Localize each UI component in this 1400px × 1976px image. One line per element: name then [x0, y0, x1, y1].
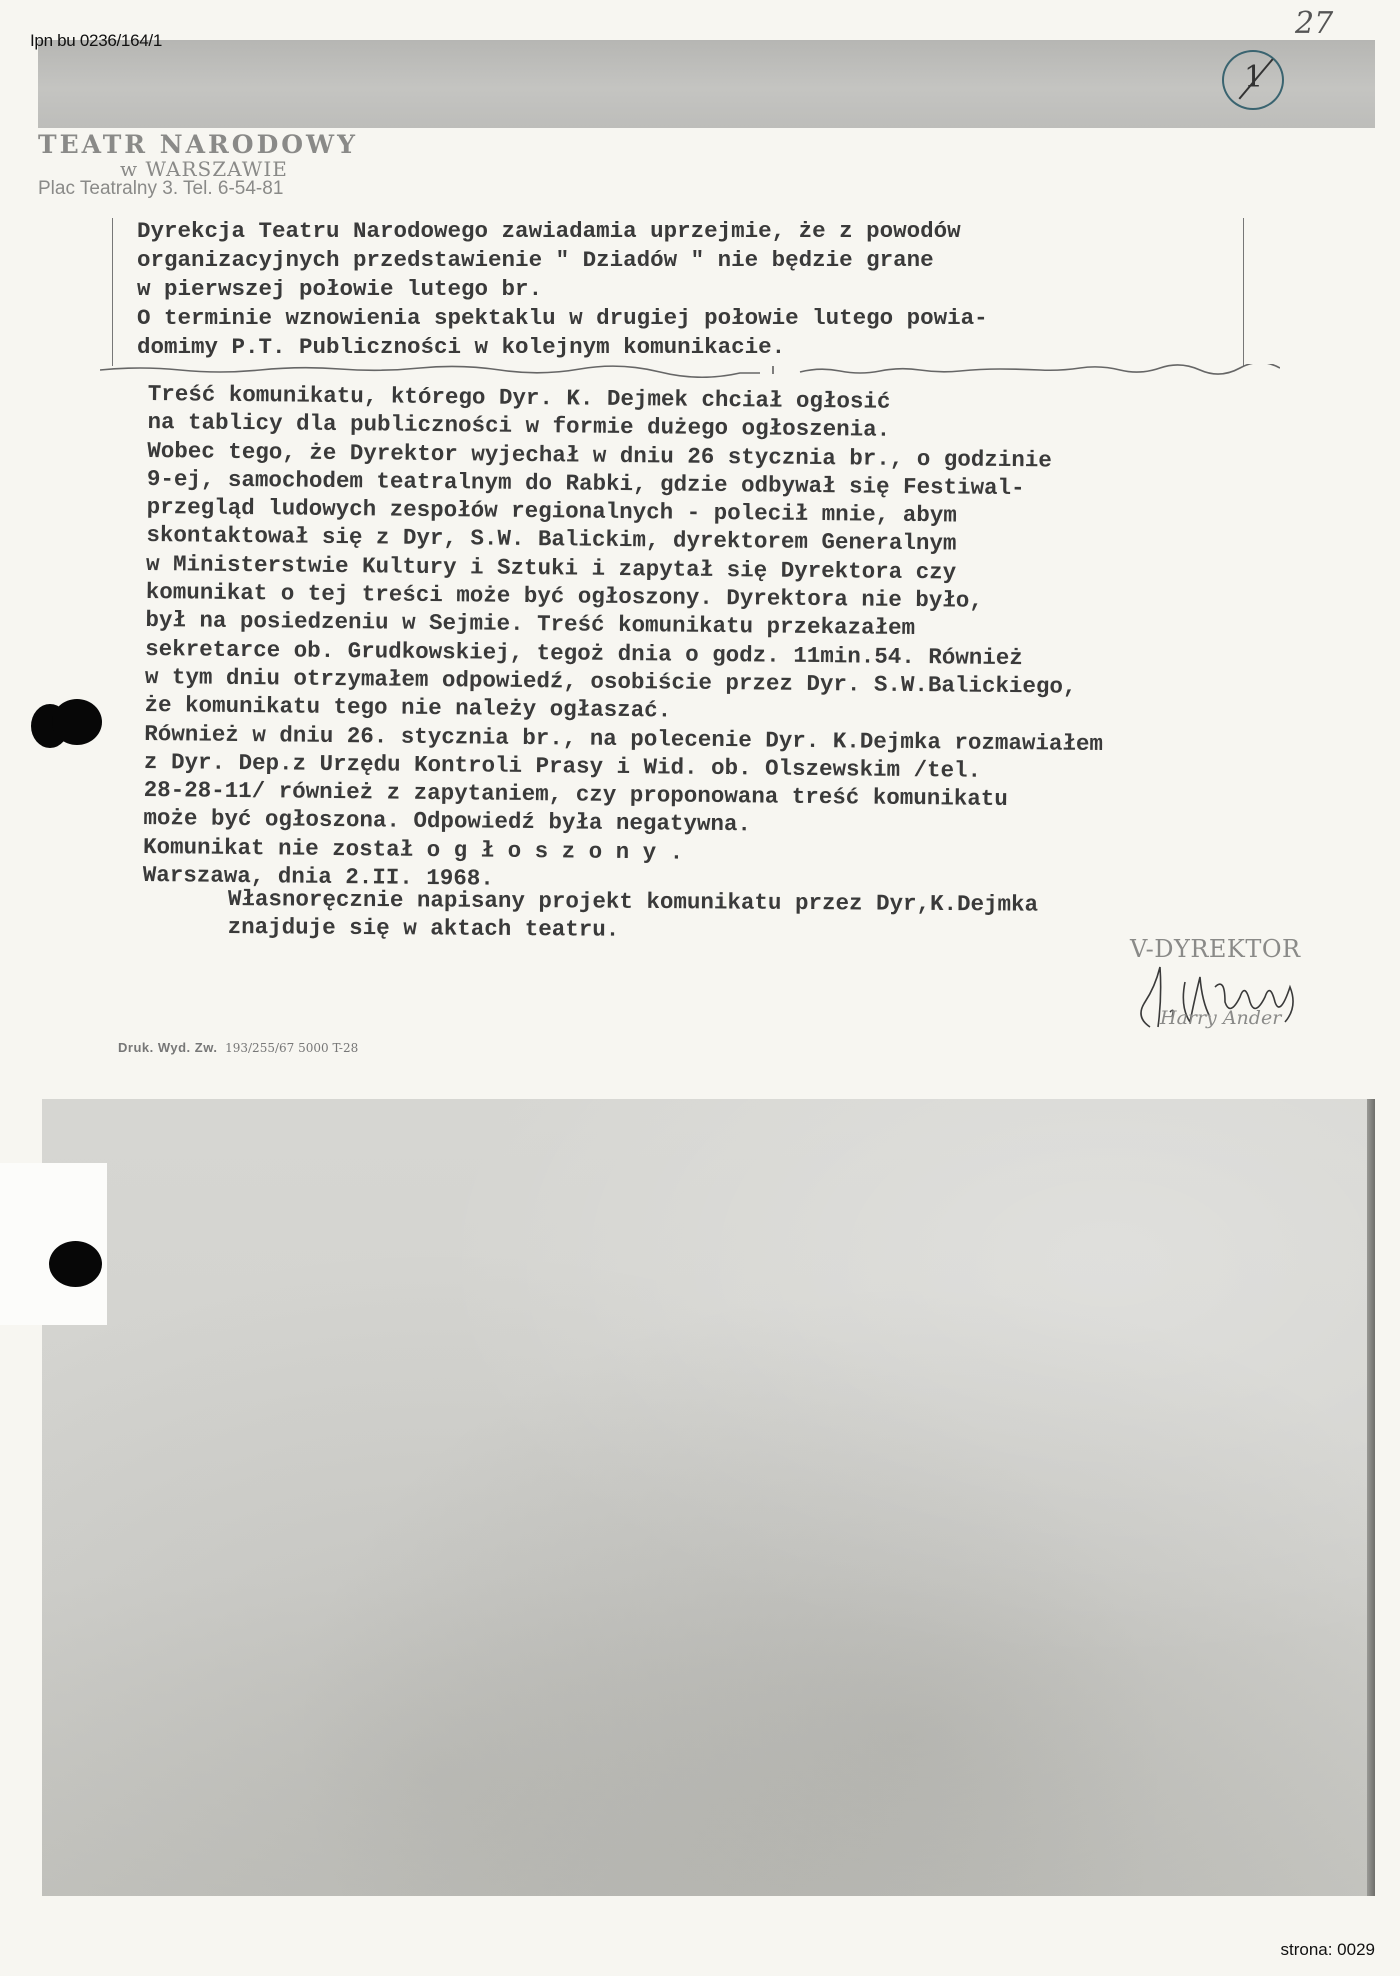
print-info: Druk. Wyd. Zw. 193/255/67 5000 T-28	[118, 1040, 358, 1055]
punch-hole-mark	[52, 699, 102, 745]
notice-line: organizacyjnych przedstawienie " Dziadów…	[137, 246, 988, 275]
paper-tab	[0, 1163, 107, 1325]
notice-text: Dyrekcja Teatru Narodowego zawiadamia up…	[137, 217, 988, 362]
letterhead: TEATR NARODOWY w WARSZAWIE Plac Teatraln…	[38, 130, 358, 200]
scan-top-band	[38, 40, 1375, 128]
director-stamp: V-DYREKTOR Harry Ander	[1130, 935, 1340, 1035]
notice-wavy-underline	[100, 364, 1280, 378]
notice-line: w pierwszej połowie lutego br.	[137, 275, 988, 304]
notice-line: O terminie wznowienia spektaklu w drugie…	[137, 304, 988, 333]
scan-blank-back-page	[42, 1099, 1375, 1896]
page-number-label: strona: 0029	[1280, 1940, 1375, 1960]
scan-edge	[1367, 1099, 1375, 1896]
letterhead-name: TEATR NARODOWY	[38, 130, 358, 159]
notice-line: domimy P.T. Publiczności w kolejnym komu…	[137, 333, 988, 362]
punch-hole-mark	[49, 1241, 102, 1287]
body-text: Treść komunikatu, którego Dyr. K. Dejmek…	[143, 380, 1107, 899]
notice-line: Dyrekcja Teatru Narodowego zawiadamia up…	[137, 217, 988, 246]
stamp-name: Harry Ander	[1160, 1007, 1281, 1029]
footnote-text: Własnoręcznie napisany projekt komunikat…	[228, 885, 1039, 947]
footnote-line: znajduje się w aktach teatru.	[228, 913, 1038, 947]
archive-reference: Ipn bu 0236/164/1	[30, 31, 162, 51]
letterhead-address: Plac Teatralny 3. Tel. 6-54-81	[38, 178, 358, 200]
print-info-code: 193/255/67 5000 T-28	[225, 1041, 358, 1055]
print-info-label: Druk. Wyd. Zw.	[118, 1040, 217, 1055]
circled-page-mark: 1	[1222, 50, 1284, 110]
folio-mark: 27	[1295, 6, 1333, 41]
